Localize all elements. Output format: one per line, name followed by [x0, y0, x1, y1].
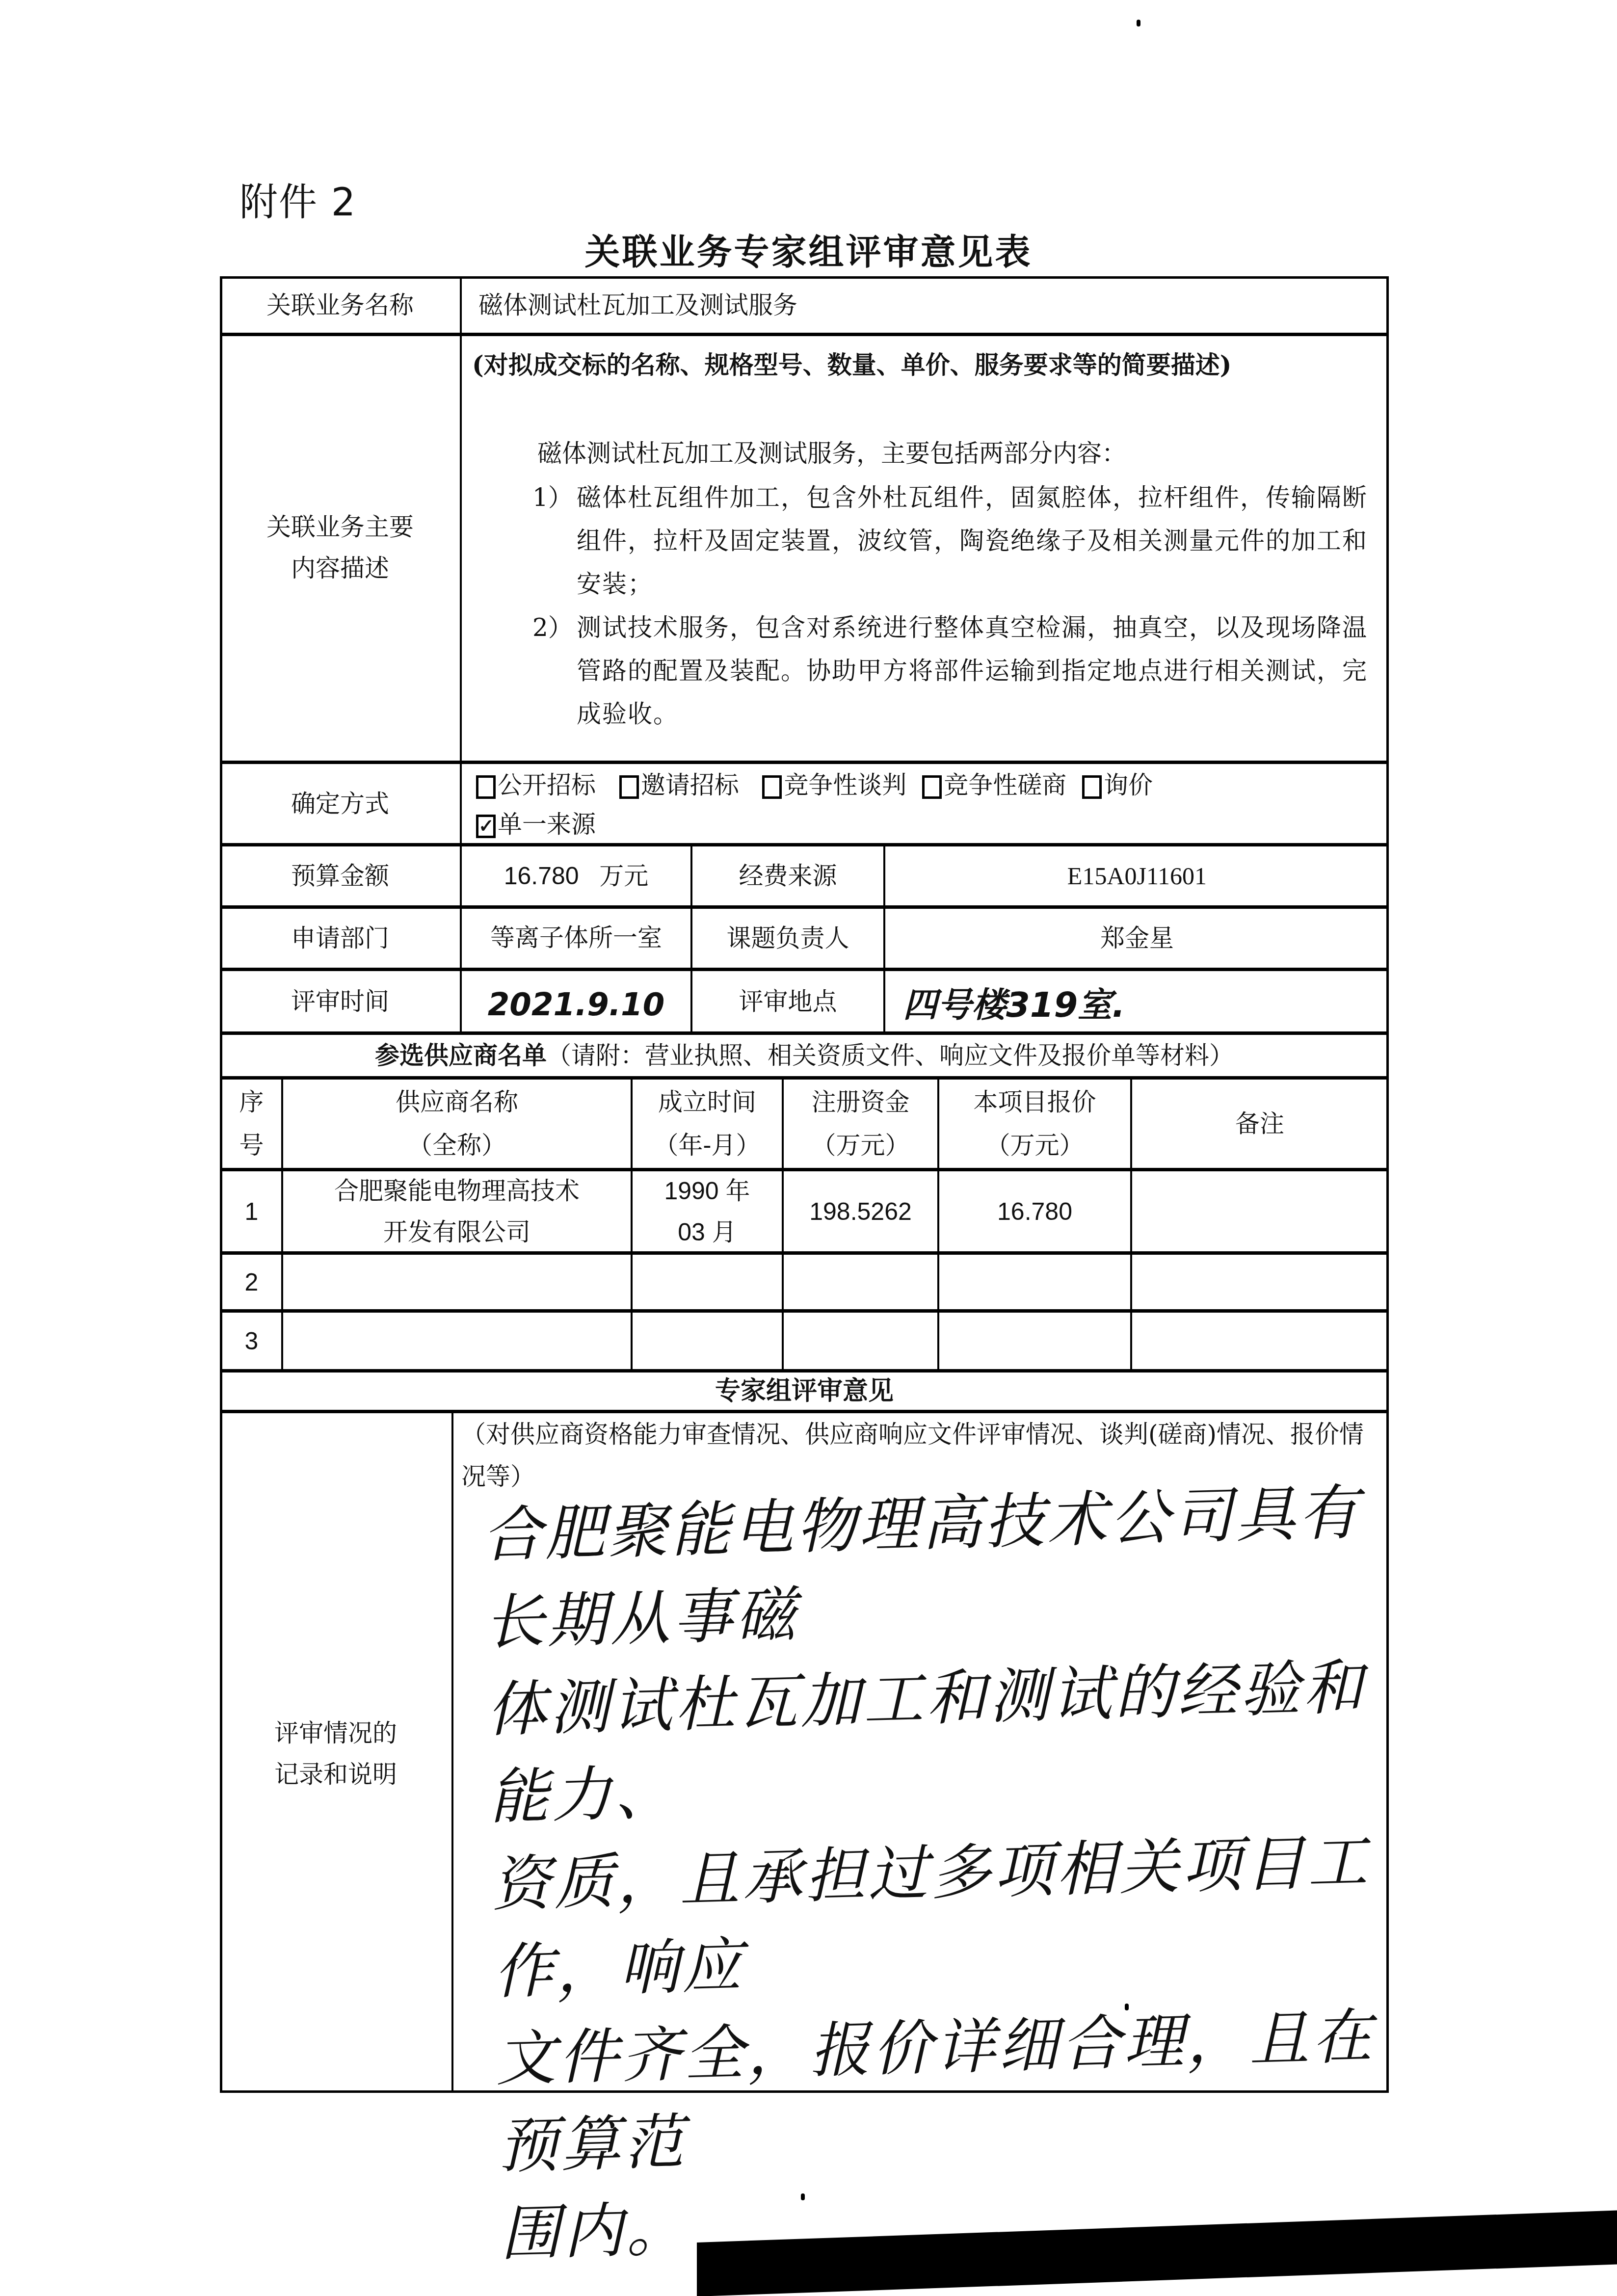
supplier-row-3-capital: [784, 1313, 937, 1369]
supplier-row-1-founded: 1990 年03 月: [633, 1171, 782, 1251]
suppliers-section-header: 参选供应商名单（请附：营业执照、相关资质文件、响应文件及报价单等材料）: [220, 1034, 1389, 1077]
column-divider: [451, 1410, 453, 2093]
option-competitive-negotiation[interactable]: 竞争性谈判: [762, 771, 906, 799]
supplier-row-1-capital: 198.5262: [784, 1171, 937, 1251]
handwritten-line: 资质，且承担过多项相关项目工作，响应: [490, 1817, 1403, 2015]
item-text: 测试技术服务，包含对系统进行整体真空检漏，抽真空，以及现场降温管路的配置及装配。…: [577, 606, 1386, 736]
scan-speck: [1137, 20, 1140, 26]
main-content-label: 关联业务主要 内容描述: [220, 334, 460, 762]
main-content-instruction: (对拟成交标的名称、规格型号、数量、单价、服务要求等的简要描述): [472, 343, 1385, 387]
review-place-value: 四号楼319室.: [903, 974, 1374, 1035]
supplier-row-1-name: 合肥聚能电物理高技术开发有限公司: [283, 1171, 631, 1251]
supplier-row-3-no: 3: [222, 1313, 281, 1369]
supplier-row-3-founded: [633, 1313, 782, 1369]
main-content-item-2: 2） 测试技术服务，包含对系统进行整体真空检漏，抽真空，以及现场降温管路的配置及…: [532, 606, 1386, 736]
attachment-label: 附件 2: [239, 172, 356, 227]
supplier-row-2-name: [283, 1255, 631, 1309]
row-divider: [220, 1076, 1389, 1080]
checkbox-icon[interactable]: [476, 775, 496, 799]
supplier-row-1-remark: [1132, 1171, 1387, 1251]
business-name-label: 关联业务名称: [220, 276, 460, 334]
procurement-method-options: 公开招标 邀请招标 竞争性谈判 竞争性磋商 询价 ✓单一来源: [476, 765, 1384, 844]
handwritten-line: 体测试杜瓦加工和测试的经验和能力、: [485, 1642, 1398, 1841]
supplier-row-1-quote: 16.780: [939, 1171, 1130, 1251]
department-value: 等离子体所一室: [462, 908, 690, 968]
suppliers-section-note: （请附：营业执照、相关资质文件、响应文件及报价单等材料）: [547, 1035, 1234, 1076]
checkbox-icon[interactable]: [762, 775, 782, 799]
expert-opinion-label: 评审情况的 记录和说明: [220, 1413, 451, 2093]
supplier-row-3-remark: [1132, 1313, 1387, 1369]
supplier-row-3-quote: [939, 1313, 1130, 1369]
row-divider: [220, 1309, 1389, 1313]
main-content-item-1: 1） 磁体杜瓦组件加工，包含外杜瓦组件，固氮腔体，拉杆组件，传输隔断组件，拉杆及…: [532, 476, 1386, 606]
budget-label: 预算金额: [220, 846, 460, 906]
main-content-label-line2: 内容描述: [291, 548, 389, 589]
pi-label: 课题负责人: [692, 908, 883, 968]
procurement-method-label: 确定方式: [220, 763, 460, 844]
item-text: 磁体杜瓦组件加工，包含外杜瓦组件，固氮腔体，拉杆组件，传输隔断组件，拉杆及固定装…: [577, 476, 1386, 606]
form-title: 关联业务专家组评审意见表: [0, 223, 1617, 274]
handwritten-line: 合肥聚能电物理高技术公司具有长期从事磁: [481, 1468, 1393, 1666]
option-invited-tender[interactable]: 邀请招标: [619, 771, 739, 799]
col-header-capital: 注册资金（万元）: [784, 1080, 937, 1168]
review-time-value: 2021.9.10: [462, 974, 690, 1035]
main-content-label-line1: 关联业务主要: [266, 506, 414, 548]
suppliers-section-title: 参选供应商名单: [375, 1035, 547, 1076]
item-marker: 1）: [532, 476, 577, 606]
fund-source-value: E15A0J11601: [885, 846, 1389, 906]
col-header-no: 序号: [222, 1080, 281, 1168]
supplier-row-2-quote: [939, 1255, 1130, 1309]
col-header-supplier-name: 供应商名称（全称）: [283, 1080, 631, 1168]
fund-source-label: 经费来源: [692, 846, 883, 906]
expert-opinion-title: 专家组评审意见: [220, 1372, 1389, 1410]
option-competitive-consultation[interactable]: 竞争性磋商: [922, 771, 1066, 799]
option-single-source[interactable]: ✓单一来源: [476, 810, 596, 839]
review-time-label: 评审时间: [220, 971, 460, 1032]
col-header-quote: 本项目报价（万元）: [939, 1080, 1130, 1168]
scan-speck: [1125, 2004, 1129, 2010]
pi-value: 郑金星: [885, 908, 1389, 968]
business-name-value: 磁体测试杜瓦加工及测试服务: [478, 276, 1362, 334]
expert-opinion-handwritten: 合肥聚能电物理高技术公司具有长期从事磁 体测试杜瓦加工和测试的经验和能力、 资质…: [481, 1468, 1409, 2278]
scan-speck: [801, 2193, 805, 2200]
supplier-row-2-capital: [784, 1255, 937, 1309]
option-inquiry[interactable]: 询价: [1082, 771, 1153, 799]
checkbox-icon[interactable]: [619, 775, 639, 799]
supplier-row-1-no: 1: [222, 1171, 281, 1251]
budget-value: 16.780 万元: [462, 846, 690, 906]
checkbox-checked-icon[interactable]: ✓: [476, 815, 496, 838]
option-open-tender[interactable]: 公开招标: [476, 771, 596, 799]
col-header-founded: 成立时间（年-月）: [633, 1080, 782, 1168]
review-place-label: 评审地点: [692, 971, 883, 1032]
main-content-intro: 磁体测试杜瓦加工及测试服务，主要包括两部分内容：: [537, 432, 1381, 475]
budget-unit: 万元: [599, 855, 648, 897]
budget-amount: 16.780: [504, 855, 579, 897]
checkbox-icon[interactable]: [922, 775, 942, 799]
supplier-row-2-no: 2: [222, 1255, 281, 1309]
col-header-remark: 备注: [1132, 1080, 1387, 1168]
supplier-row-2-founded: [633, 1255, 782, 1309]
department-label: 申请部门: [220, 908, 460, 968]
supplier-row-2-remark: [1132, 1255, 1387, 1309]
supplier-row-3-name: [283, 1313, 631, 1369]
handwritten-line: 文件齐全，报价详细合理，且在预算范: [495, 1992, 1407, 2190]
item-marker: 2）: [532, 606, 577, 736]
checkbox-icon[interactable]: [1082, 775, 1102, 799]
